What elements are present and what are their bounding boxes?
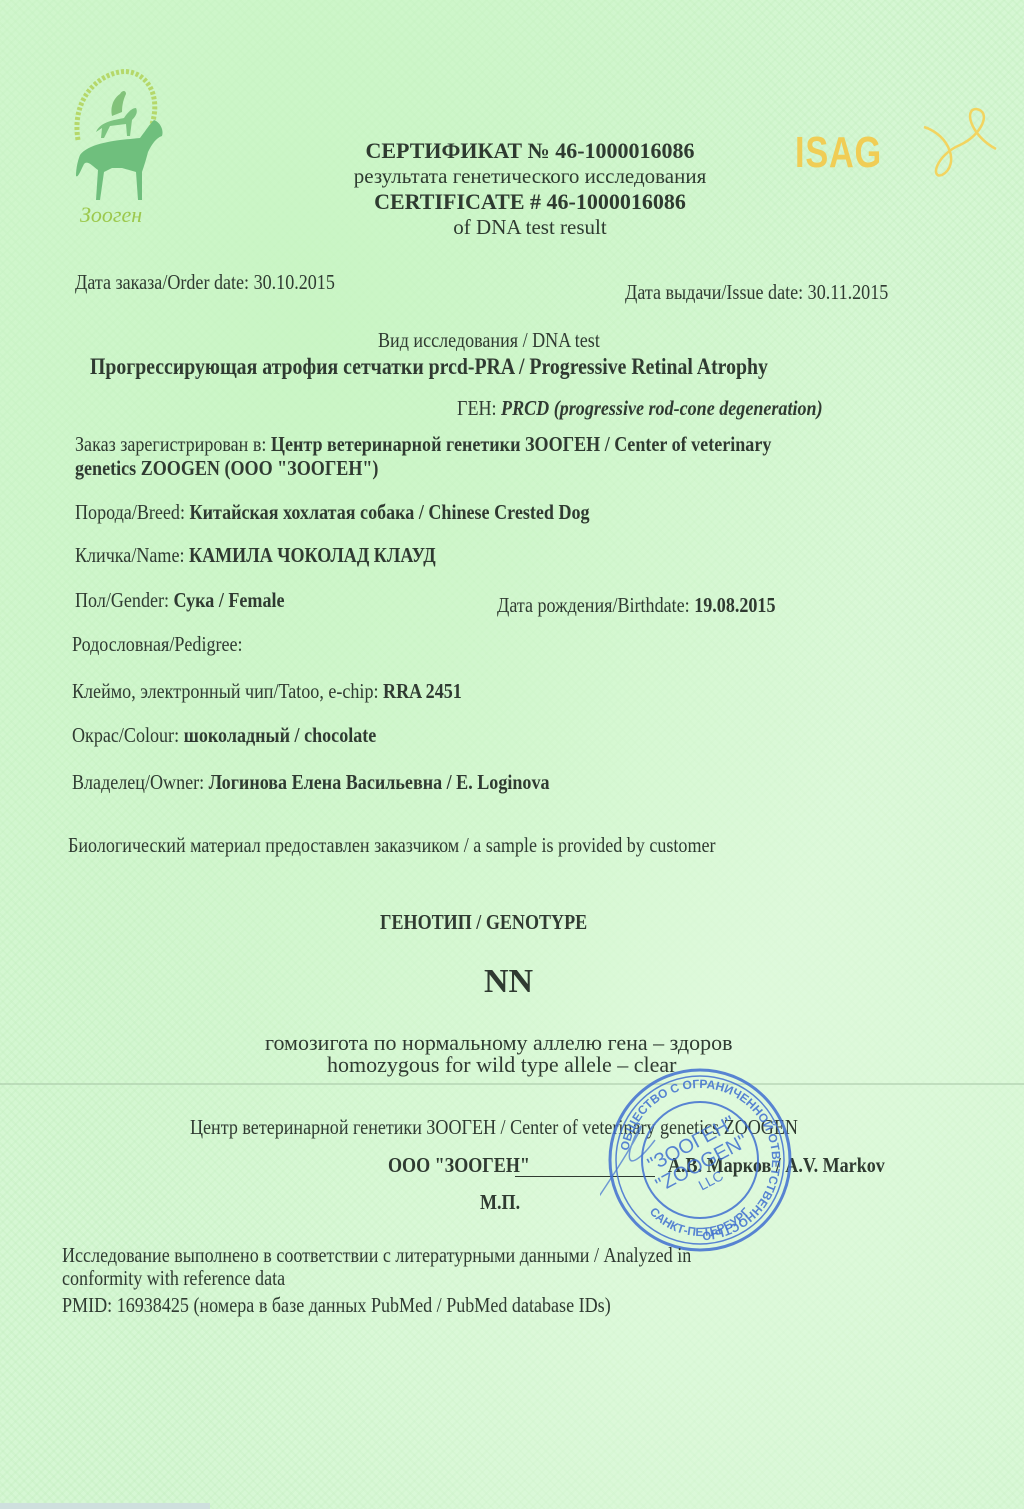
scan-edge (0, 1503, 210, 1509)
colour-label: Окрас/Colour: (72, 723, 179, 747)
birthdate: Дата рождения/Birthdate: 19.08.2015 (497, 593, 821, 618)
title-ru: СЕРТИФИКАТ № 46-1000016086 (300, 138, 760, 164)
gene-label: ГЕН: (457, 396, 497, 420)
fold-line (0, 1083, 1024, 1085)
dog-name-label: Кличка/Name: (75, 543, 184, 567)
certificate-title: СЕРТИФИКАТ № 46-1000016086 результата ге… (300, 138, 760, 240)
issue-date-value: 30.11.2015 (808, 280, 889, 304)
subtitle-en: of DNA test result (300, 215, 760, 240)
dna-test-label: Вид исследования / DNA test (378, 328, 636, 353)
pedigree: Родословная/Pedigree: (72, 632, 270, 657)
gene-value: PRCD (progressive rod-cone degeneration) (501, 396, 823, 420)
seal-label: М.П. (480, 1190, 527, 1215)
sample-note: Биологический материал предоставлен зака… (68, 833, 821, 858)
dog-name-value: КАМИЛА ЧОКОЛАД КЛАУД (189, 543, 436, 567)
breed-value: Китайская хохлатая собака / Chinese Cres… (190, 500, 590, 524)
issue-date: Дата выдачи/Issue date: 30.11.2015 (625, 280, 931, 305)
order-date: Дата заказа/Order date: 30.10.2015 (75, 270, 377, 295)
owner: Владелец/Owner: Логинова Елена Васильевн… (72, 770, 627, 795)
footer-line-1-text: Исследование выполнено в соответствии с … (62, 1243, 691, 1268)
chip: Клеймо, электронный чип/Tatoo, e-chip: R… (72, 679, 525, 704)
dna-test-label-text: Вид исследования / DNA test (378, 328, 600, 353)
colour-value: шоколадный / chocolate (184, 723, 377, 747)
gene: ГЕН: PRCD (progressive rod-cone degenera… (457, 396, 882, 421)
registered-at-cont: genetics ZOOGEN (ООО "ЗООГЕН") (75, 456, 428, 481)
isag-text: ISAG (795, 128, 882, 178)
colour: Окрас/Colour: шоколадный / chocolate (72, 723, 426, 748)
registered-label: Заказ зарегистрирован в: (75, 432, 266, 456)
birthdate-label: Дата рождения/Birthdate: (497, 593, 690, 617)
dna-helix-icon (920, 105, 1000, 185)
registered-at: Заказ зарегистрирован в: Центр ветеринар… (75, 432, 885, 457)
breed: Порода/Breed: Китайская хохлатая собака … (75, 500, 673, 525)
footer-line-3-text: PMID: 16938425 (номера в базе данных Pub… (62, 1293, 611, 1318)
pedigree-label: Родословная/Pedigree: (72, 632, 243, 657)
isag-logo: ISAG (795, 110, 995, 200)
company-name: ООО "ЗООГЕН" (388, 1153, 553, 1178)
dna-test-name-text: Прогрессирующая атрофия сетчатки prcd-PR… (90, 354, 768, 380)
order-date-label: Дата заказа/Order date: (75, 270, 249, 294)
gender-value: Сука / Female (174, 588, 285, 612)
registered-value: Центр ветеринарной генетики ЗООГЕН / Cen… (271, 432, 771, 456)
chip-label: Клеймо, электронный чип/Tatoo, e-chip: (72, 679, 379, 703)
title-en: CERTIFICATE # 46-1000016086 (300, 189, 760, 215)
genotype-value-text: NN (484, 963, 533, 1000)
dog-name: Кличка/Name: КАМИЛА ЧОКОЛАД КЛАУД (75, 543, 494, 568)
issue-date-label: Дата выдачи/Issue date: (625, 280, 803, 304)
genotype-heading-text: ГЕНОТИП / GENOTYPE (380, 910, 587, 935)
birthdate-value: 19.08.2015 (694, 593, 775, 617)
sample-note-text: Биологический материал предоставлен зака… (68, 833, 716, 858)
genotype-heading: ГЕНОТИП / GENOTYPE (380, 910, 621, 935)
company-stamp: ОБЩЕСТВО С ОГРАНИЧЕННОЙ ОТВЕТСТВЕННОСТЬЮ… (600, 1060, 800, 1260)
registered-value-cont: genetics ZOOGEN (ООО "ЗООГЕН") (75, 456, 378, 480)
horse-rider-icon: Зооген (50, 60, 180, 230)
gender-label: Пол/Gender: (75, 588, 169, 612)
chip-value: RRA 2451 (383, 679, 462, 703)
owner-value: Логинова Елена Васильевна / E. Loginova (209, 770, 550, 794)
seal-label-text: М.П. (480, 1190, 520, 1215)
footer-line-3: PMID: 16938425 (номера в базе данных Pub… (62, 1293, 700, 1318)
genotype-value: NN (484, 963, 533, 1001)
svg-text:Зооген: Зооген (80, 202, 142, 227)
order-date-value: 30.10.2015 (254, 270, 335, 294)
dna-test-name: Прогрессирующая атрофия сетчатки prcd-PR… (90, 354, 878, 380)
footer-line-2-text: conformity with reference data (62, 1266, 285, 1291)
footer-line-2: conformity with reference data (62, 1266, 321, 1291)
company-name-text: ООО "ЗООГЕН" (388, 1153, 530, 1178)
footer-line-1: Исследование выполнено в соответствии с … (62, 1243, 794, 1268)
zoogen-logo: Зооген (50, 60, 180, 230)
subtitle-ru: результата генетического исследования (300, 164, 760, 189)
gender: Пол/Gender: Сука / Female (75, 588, 319, 613)
breed-label: Порода/Breed: (75, 500, 185, 524)
owner-label: Владелец/Owner: (72, 770, 204, 794)
